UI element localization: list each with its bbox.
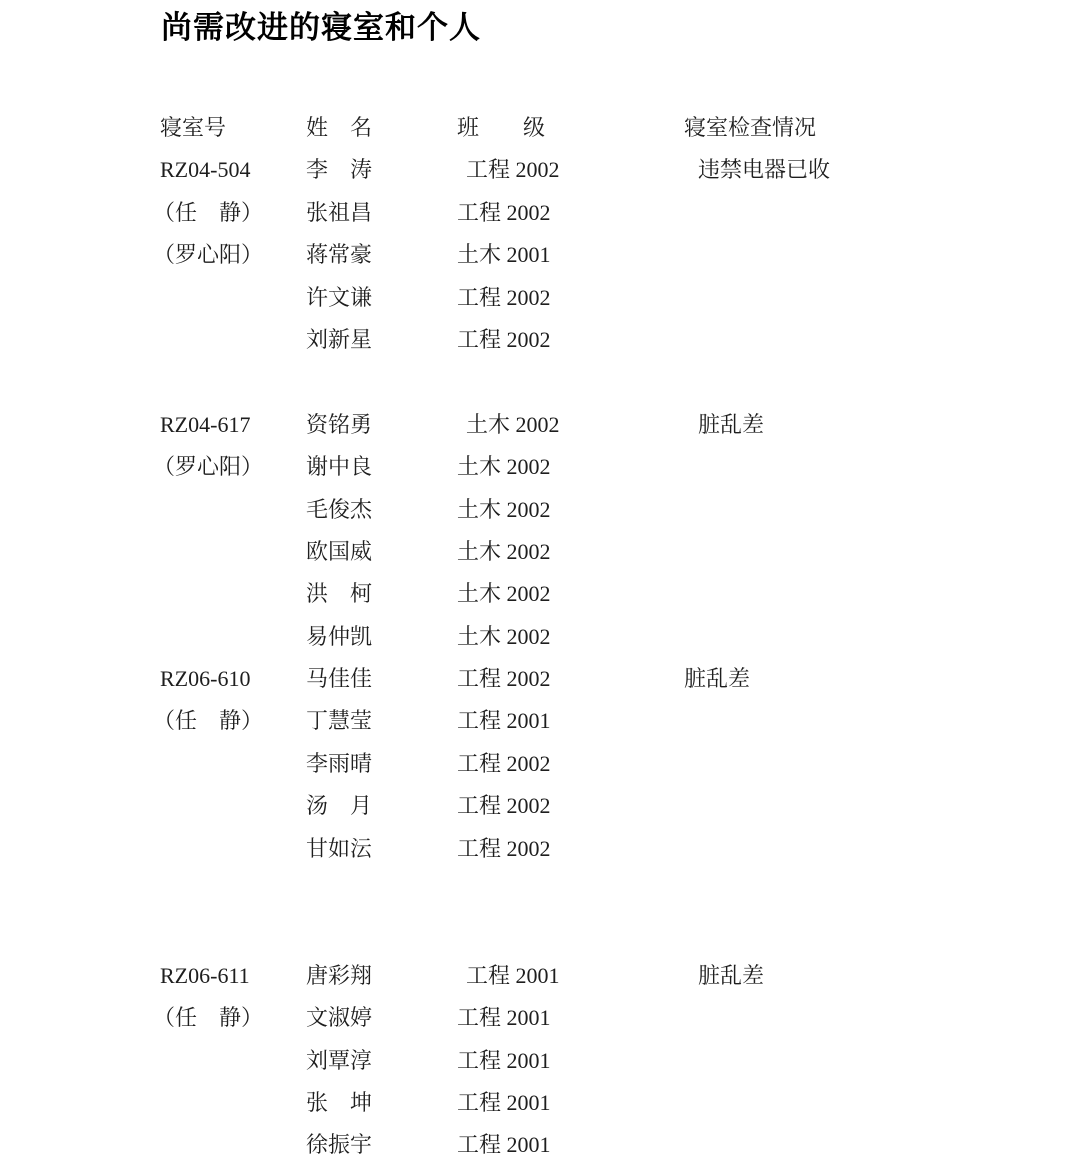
class-cell: 工程 2002	[457, 319, 551, 361]
inspection-cell: 脏乱差	[698, 404, 764, 446]
blank-line	[0, 361, 1080, 403]
class-cell: 工程 2001	[457, 1040, 551, 1082]
table-row: （任 静） 丁慧莹 工程 2001	[0, 700, 1080, 742]
class-cell: 工程 2001	[466, 955, 560, 997]
class-cell: 土木 2002	[466, 404, 560, 446]
inspection-table: 寝室号 姓 名 班 级 寝室检查情况 RZ04-504 李 涛 工程 2002 …	[0, 107, 1080, 1167]
table-header-row: 寝室号 姓 名 班 级 寝室检查情况	[0, 107, 1080, 149]
name-cell: 资铭勇	[306, 404, 372, 446]
name-cell: 刘新星	[306, 319, 372, 361]
inspector-cell: （任 静）	[153, 700, 263, 742]
table-row: 欧国威 土木 2002	[0, 531, 1080, 573]
name-cell: 丁慧莹	[306, 700, 372, 742]
dorm-cell: RZ04-617	[160, 404, 250, 446]
table-row: 甘如沄 工程 2002	[0, 828, 1080, 870]
class-cell: 工程 2002	[457, 785, 551, 827]
table-row: 易仲凯 土木 2002	[0, 616, 1080, 658]
class-cell: 工程 2001	[457, 1124, 551, 1166]
table-row: RZ04-504 李 涛 工程 2002 违禁电器已收	[0, 149, 1080, 191]
name-cell: 李雨晴	[306, 743, 372, 785]
table-row: 张 坤 工程 2001	[0, 1082, 1080, 1124]
class-cell: 工程 2002	[457, 192, 551, 234]
table-row: （罗心阳） 谢中良 土木 2002	[0, 446, 1080, 488]
table-row: 李雨晴 工程 2002	[0, 743, 1080, 785]
class-cell: 工程 2002	[466, 149, 560, 191]
inspector-cell: （任 静）	[153, 192, 263, 234]
inspector-cell: （罗心阳）	[153, 234, 263, 276]
table-row: （任 静） 张祖昌 工程 2002	[0, 192, 1080, 234]
inspection-cell: 脏乱差	[698, 955, 764, 997]
name-cell: 张 坤	[306, 1082, 372, 1124]
name-cell: 唐彩翔	[306, 955, 372, 997]
table-row: （任 静） 文淑婷 工程 2001	[0, 997, 1080, 1039]
header-inspection: 寝室检查情况	[684, 107, 816, 149]
name-cell: 欧国威	[306, 531, 372, 573]
name-cell: 甘如沄	[306, 828, 372, 870]
blank-line	[0, 870, 1080, 955]
name-cell: 毛俊杰	[306, 489, 372, 531]
table-row: 许文谦 工程 2002	[0, 277, 1080, 319]
class-cell: 工程 2001	[457, 700, 551, 742]
inspector-cell: （任 静）	[153, 997, 263, 1039]
name-cell: 李 涛	[306, 149, 372, 191]
document-page: 尚需改进的寝室和个人 寝室号 姓 名 班 级 寝室检查情况 RZ04-504 李…	[0, 0, 1080, 1168]
header-name: 姓 名	[306, 107, 372, 149]
dorm-cell: RZ06-611	[160, 955, 250, 997]
table-row: RZ06-610 马佳佳 工程 2002 脏乱差	[0, 658, 1080, 700]
name-cell: 马佳佳	[306, 658, 372, 700]
inspection-cell: 违禁电器已收	[698, 149, 830, 191]
name-cell: 刘覃淳	[306, 1040, 372, 1082]
page-title: 尚需改进的寝室和个人	[161, 2, 481, 47]
name-cell: 蒋常豪	[306, 234, 372, 276]
name-cell: 汤 月	[306, 785, 372, 827]
header-dorm: 寝室号	[160, 107, 226, 149]
name-cell: 文淑婷	[306, 997, 372, 1039]
table-row: 毛俊杰 土木 2002	[0, 489, 1080, 531]
class-cell: 工程 2002	[457, 658, 551, 700]
dorm-cell: RZ06-610	[160, 658, 250, 700]
name-cell: 谢中良	[306, 446, 372, 488]
class-cell: 土木 2002	[457, 446, 551, 488]
class-cell: 工程 2002	[457, 828, 551, 870]
header-class: 班 级	[457, 107, 545, 149]
name-cell: 徐振宇	[306, 1124, 372, 1166]
table-row: 刘覃淳 工程 2001	[0, 1040, 1080, 1082]
class-cell: 工程 2002	[457, 277, 551, 319]
class-cell: 工程 2002	[457, 743, 551, 785]
table-row: 徐振宇 工程 2001	[0, 1124, 1080, 1166]
inspection-cell: 脏乱差	[684, 658, 750, 700]
table-row: 汤 月 工程 2002	[0, 785, 1080, 827]
inspector-cell: （罗心阳）	[153, 446, 263, 488]
table-row: 刘新星 工程 2002	[0, 319, 1080, 361]
table-row: RZ06-611 唐彩翔 工程 2001 脏乱差	[0, 955, 1080, 997]
name-cell: 洪 柯	[306, 573, 372, 615]
table-row: （罗心阳） 蒋常豪 土木 2001	[0, 234, 1080, 276]
name-cell: 许文谦	[306, 277, 372, 319]
name-cell: 易仲凯	[306, 616, 372, 658]
table-row: 洪 柯 土木 2002	[0, 573, 1080, 615]
class-cell: 土木 2002	[457, 573, 551, 615]
table-row: RZ04-617 资铭勇 土木 2002 脏乱差	[0, 404, 1080, 446]
class-cell: 工程 2001	[457, 997, 551, 1039]
class-cell: 土木 2002	[457, 531, 551, 573]
class-cell: 土木 2002	[457, 489, 551, 531]
name-cell: 张祖昌	[306, 192, 372, 234]
class-cell: 土木 2001	[457, 234, 551, 276]
dorm-cell: RZ04-504	[160, 149, 250, 191]
class-cell: 土木 2002	[457, 616, 551, 658]
class-cell: 工程 2001	[457, 1082, 551, 1124]
